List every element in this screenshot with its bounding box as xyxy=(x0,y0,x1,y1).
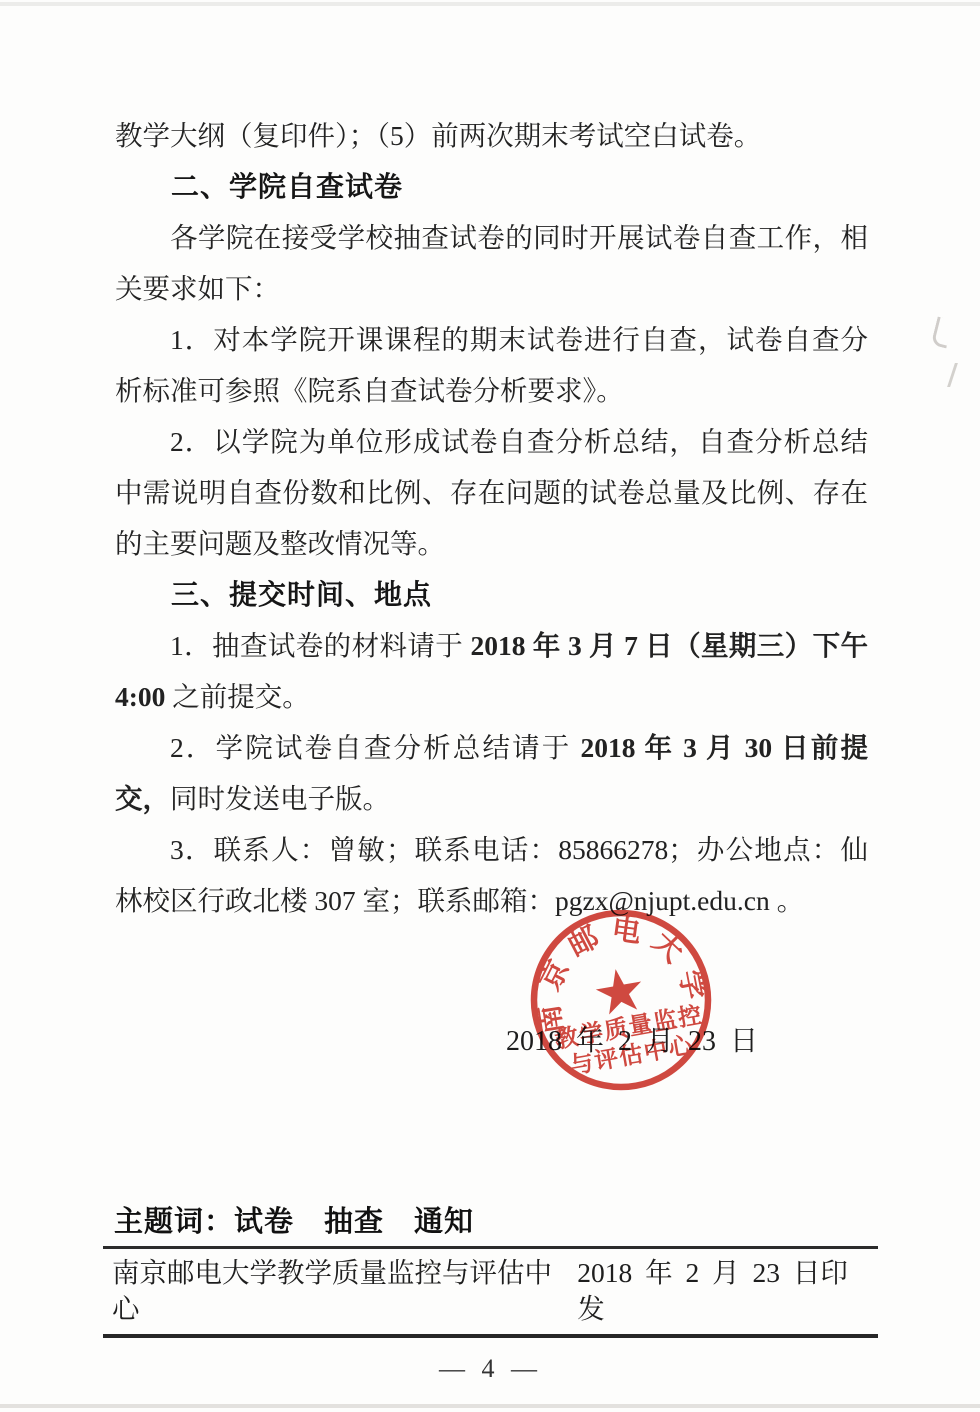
official-seal: 南京邮电大学 ★ 教学质量监控 与评估中心 xyxy=(526,905,716,1095)
page-number: — 4 — xyxy=(103,1354,878,1384)
section-3-heading: 三、提交时间、地点 xyxy=(115,569,868,620)
scan-artifact-mark xyxy=(937,363,958,387)
keywords-row: 主题词：试卷 抽查 通知 xyxy=(103,1202,878,1242)
paragraph-section2-item2: 2．以学院为单位形成试卷自查分析总结，自查分析总结中需说明自查份数和比例、存在问… xyxy=(115,416,868,569)
scan-artifact-bottom-edge xyxy=(0,1404,980,1408)
scan-artifact-mark xyxy=(931,316,954,348)
document-footer: 主题词：试卷 抽查 通知 南京邮电大学教学质量监控与评估中心 2018 年 2 … xyxy=(103,1202,878,1384)
issuer-name: 南京邮电大学教学质量监控与评估中心 xyxy=(112,1255,577,1327)
paragraph-continuation: 教学大纲（复印件）；（5）前两次期末考试空白试卷。 xyxy=(115,110,868,161)
keywords-label: 主题词： xyxy=(114,1206,234,1238)
print-date: 2018 年 2 月 23 日印发 xyxy=(577,1255,874,1327)
paragraph-section2-intro: 各学院在接受学校抽查试卷的同时开展试卷自查工作，相关要求如下： xyxy=(115,212,868,314)
paragraph-section2-item1: 1．对本学院开课课程的期末试卷进行自查，试卷自查分析标准可参照《院系自查试卷分析… xyxy=(115,314,868,416)
issuer-row: 南京邮电大学教学质量监控与评估中心 2018 年 2 月 23 日印发 xyxy=(103,1249,878,1327)
section-2-heading: 二、学院自查试卷 xyxy=(115,161,868,212)
scan-artifact-top-edge xyxy=(0,2,980,6)
document-body: 教学大纲（复印件）；（5）前两次期末考试空白试卷。 二、学院自查试卷 各学院在接… xyxy=(115,110,868,926)
scanned-notice-page: 教学大纲（复印件）；（5）前两次期末考试空白试卷。 二、学院自查试卷 各学院在接… xyxy=(0,0,980,1412)
paragraph-section3-item2: 2．学院试卷自查分析总结请于 2018 年 3 月 30 日前提交，同时发送电子… xyxy=(115,722,868,824)
paragraph-section3-item1: 1．抽查试卷的材料请于 2018 年 3 月 7 日（星期三）下午 4:00 之… xyxy=(115,620,868,722)
footer-divider-bottom xyxy=(103,1334,878,1338)
paragraph-section3-item3: 3．联系人：曾敏；联系电话：85866278；办公地点：仙林校区行政北楼 307… xyxy=(115,824,868,926)
keywords-value: 试卷 抽查 通知 xyxy=(234,1206,474,1238)
